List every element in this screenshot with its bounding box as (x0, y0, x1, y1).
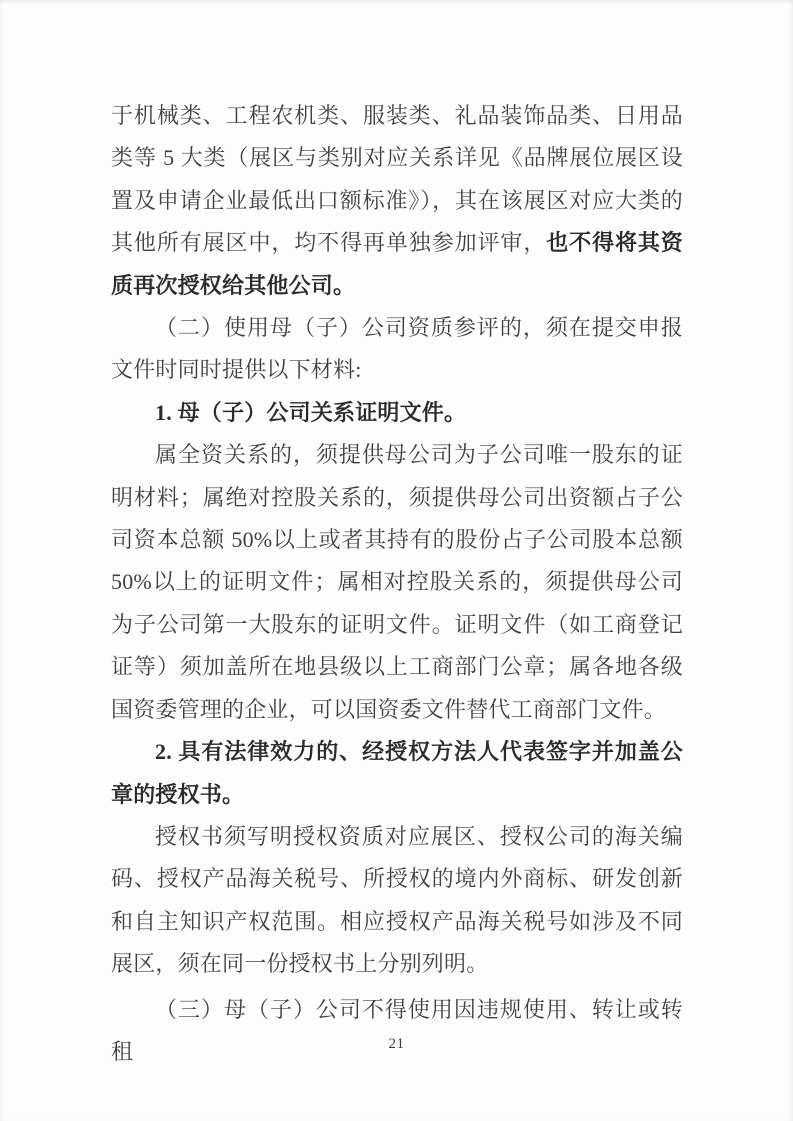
paragraph-authorization-details: 授权书须写明授权资质对应展区、授权公司的海关编码、授权产品海关税号、所授权的境内… (111, 816, 683, 986)
paragraph-item-one-heading: 1. 母（子）公司关系证明文件。 (111, 392, 683, 434)
paragraph-continuation: 于机械类、工程农机类、服装类、礼品装饰品类、日用品类等 5 大类（展区与类别对应… (111, 95, 683, 307)
paragraph-section-two: （二）使用母（子）公司资质参评的，须在提交申报文件时同时提供以下材料: (111, 307, 683, 392)
paragraph-section-three: （三）母（子）公司不得使用因违规使用、转让或转租 (111, 989, 683, 1074)
page-number: 21 (0, 1034, 793, 1054)
page-text-block: 于机械类、工程农机类、服装类、礼品装饰品类、日用品类等 5 大类（展区与类别对应… (111, 95, 683, 1073)
paragraph-proof-details: 属全资关系的，须提供母公司为子公司唯一股东的证明材料；属绝对控股关系的，须提供母… (111, 434, 683, 731)
document-page: 于机械类、工程农机类、服装类、礼品装饰品类、日用品类等 5 大类（展区与类别对应… (0, 0, 793, 1121)
paragraph-item-two-heading: 2. 具有法律效力的、经授权方法人代表签字并加盖公章的授权书。 (111, 731, 683, 816)
